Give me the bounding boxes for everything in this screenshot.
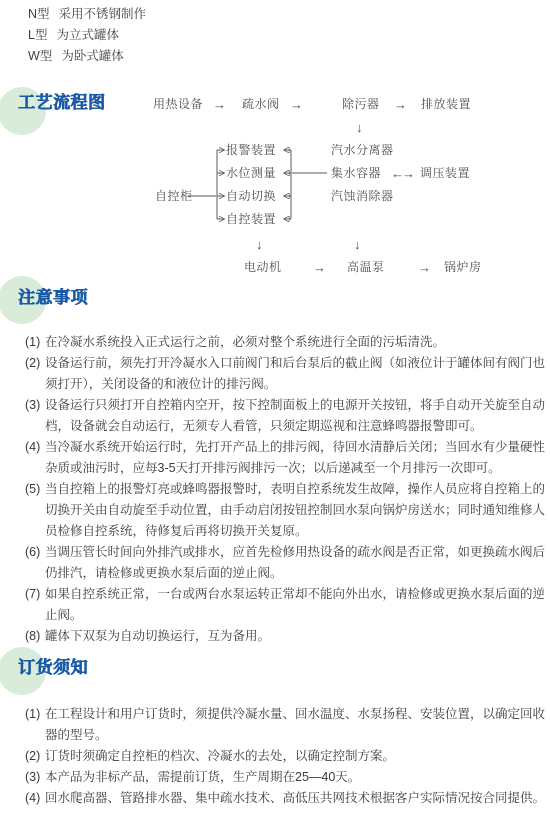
item-text: 如果自控系统正常，一台或两台水泵运转正常却不能向外出水，请检修或更换水泵后面的逆… (45, 584, 546, 626)
flow-node-pressure-regulator: 调压装置 (420, 167, 470, 180)
flow-arrow-right-icon: → (290, 98, 303, 111)
note-item: (5) 当自控箱上的报警灯亮或蜂鸣器报警时，表明自控系统发生故障，操作人员应将自… (25, 479, 546, 542)
note-item: (8) 罐体下双泵为自动切换运行，互为备用。 (25, 626, 546, 647)
type-desc: 为立式罐体 (56, 28, 119, 42)
section-title-ordering: 订货须知 (18, 658, 88, 678)
flow-node-alarm-device: 报警装置 (226, 144, 276, 157)
flow-node-high-temp-pump: 高温泵 (347, 261, 385, 274)
item-number: (7) (25, 584, 45, 605)
notes-list: (1) 在冷凝水系统投入正式运行之前，必须对整个系统进行全面的污垢清洗。 (2)… (25, 332, 546, 647)
ordering-item: (4) 回水爬高器、管路排水器、集中疏水技术、高低压共网技术根据客户实际情况按合… (25, 788, 546, 809)
item-text: 当调压管长时间向外排汽或排水，应首先检修用热设备的疏水阀是否正常，如更换疏水阀后… (45, 542, 546, 584)
flow-arrow-down-icon: ↓ (356, 121, 363, 134)
flow-node-cavitation-eliminator: 汽蚀消除器 (331, 190, 394, 203)
item-text: 订货时须确定自控柜的档次、冷凝水的去处，以确定控制方案。 (45, 746, 546, 767)
item-number: (2) (25, 353, 45, 374)
flow-node-boiler-room: 锅炉房 (444, 261, 482, 274)
note-item: (3) 设备运行只须打开自控箱内空开，按下控制面板上的电源开关按钮，将手自动开关… (25, 395, 546, 437)
item-text: 罐体下双泵为自动切换运行，互为备用。 (45, 626, 546, 647)
item-number: (1) (25, 704, 45, 725)
flow-node-strainer: 除污器 (342, 98, 380, 111)
item-text: 本产品为非标产品，需提前订货，生产周期在25—40天。 (45, 767, 546, 788)
note-item: (7) 如果自控系统正常，一台或两台水泵运转正常却不能向外出水，请检修或更换水泵… (25, 584, 546, 626)
process-flow-diagram: 用热设备 → 疏水阀 → 除污器 → 排放装置 ↓ 报警装置 汽水分离器 水位测… (0, 95, 550, 285)
document-page: N型采用不锈钢制作 L型为立式罐体 W型为卧式罐体 工艺流程图 (0, 0, 550, 828)
ordering-item: (3) 本产品为非标产品，需提前订货，生产周期在25—40天。 (25, 767, 546, 788)
flow-arrow-right-icon: → (213, 98, 226, 111)
item-number: (3) (25, 395, 45, 416)
ordering-item: (1) 在工程设计和用户订货时，须提供冷凝水量、回水温度、水泵扬程、安装位置，以… (25, 704, 546, 746)
flow-arrow-right-icon: → (418, 261, 431, 274)
item-number: (3) (25, 767, 45, 788)
item-number: (4) (25, 437, 45, 458)
flow-node-water-collector: 集水容器 (331, 167, 381, 180)
flow-node-steam-water-separator: 汽水分离器 (331, 144, 394, 157)
item-number: (8) (25, 626, 45, 647)
section-title-notes: 注意事项 (18, 288, 88, 308)
item-text: 回水爬高器、管路排水器、集中疏水技术、高低压共网技术根据客户实际情况按合同提供。 (45, 788, 546, 809)
ordering-list: (1) 在工程设计和用户订货时，须提供冷凝水量、回水温度、水泵扬程、安装位置，以… (25, 704, 546, 809)
note-item: (2) 设备运行前，须先打开冷凝水入口前阀门和后台泵后的截止阀（如液位计于罐体间… (25, 353, 546, 395)
type-code: W型 (28, 49, 52, 63)
type-desc: 采用不锈钢制作 (59, 7, 147, 21)
type-code: L型 (28, 28, 47, 42)
type-note-row: N型采用不锈钢制作 (28, 4, 146, 25)
ordering-item: (2) 订货时须确定自控柜的档次、冷凝水的去处，以确定控制方案。 (25, 746, 546, 767)
item-text: 设备运行只须打开自控箱内空开，按下控制面板上的电源开关按钮，将手自动开关旋至自动… (45, 395, 546, 437)
flow-arrow-right-icon: → (313, 261, 326, 274)
type-code: N型 (28, 7, 50, 21)
item-text: 当冷凝水系统开始运行时，先打开产品上的排污阀，待回水清静后关闭；当回水有少量硬性… (45, 437, 546, 479)
flow-node-discharge-device: 排放装置 (421, 98, 471, 111)
type-desc: 为卧式罐体 (61, 49, 124, 63)
item-number: (1) (25, 332, 45, 353)
type-note-row: L型为立式罐体 (28, 25, 146, 46)
item-text: 在冷凝水系统投入正式运行之前，必须对整个系统进行全面的污垢清洗。 (45, 332, 546, 353)
item-number: (5) (25, 479, 45, 500)
item-number: (2) (25, 746, 45, 767)
note-item: (6) 当调压管长时间向外排汽或排水，应首先检修用热设备的疏水阀是否正常，如更换… (25, 542, 546, 584)
flow-arrow-left-right-icon: ←→ (391, 167, 413, 180)
flow-node-motor: 电动机 (244, 261, 282, 274)
flow-node-water-level-measure: 水位测量 (226, 167, 276, 180)
type-note-row: W型为卧式罐体 (28, 46, 146, 67)
item-text: 在工程设计和用户订货时，须提供冷凝水量、回水温度、水泵扬程、安装位置，以确定回收… (45, 704, 546, 746)
flow-arrow-down-icon: ↓ (354, 238, 361, 251)
flow-node-auto-control-device: 自控装置 (226, 213, 276, 226)
flow-node-trap-valve: 疏水阀 (242, 98, 280, 111)
product-type-notes: N型采用不锈钢制作 L型为立式罐体 W型为卧式罐体 (28, 4, 146, 67)
item-text: 设备运行前，须先打开冷凝水入口前阀门和后台泵后的截止阀（如液位计于罐体间有阀门也… (45, 353, 546, 395)
flow-arrow-down-icon: ↓ (256, 238, 263, 251)
flow-node-auto-switch: 自动切换 (226, 190, 276, 203)
item-number: (6) (25, 542, 45, 563)
note-item: (4) 当冷凝水系统开始运行时，先打开产品上的排污阀，待回水清静后关闭；当回水有… (25, 437, 546, 479)
note-item: (1) 在冷凝水系统投入正式运行之前，必须对整个系统进行全面的污垢清洗。 (25, 332, 546, 353)
flow-node-heat-device: 用热设备 (153, 98, 203, 111)
flow-node-control-cabinet: 自控柜 (155, 190, 193, 203)
item-text: 当自控箱上的报警灯亮或蜂鸣器报警时，表明自控系统发生故障，操作人员应将自控箱上的… (45, 479, 546, 542)
flow-arrow-right-icon: → (394, 98, 407, 111)
item-number: (4) (25, 788, 45, 809)
